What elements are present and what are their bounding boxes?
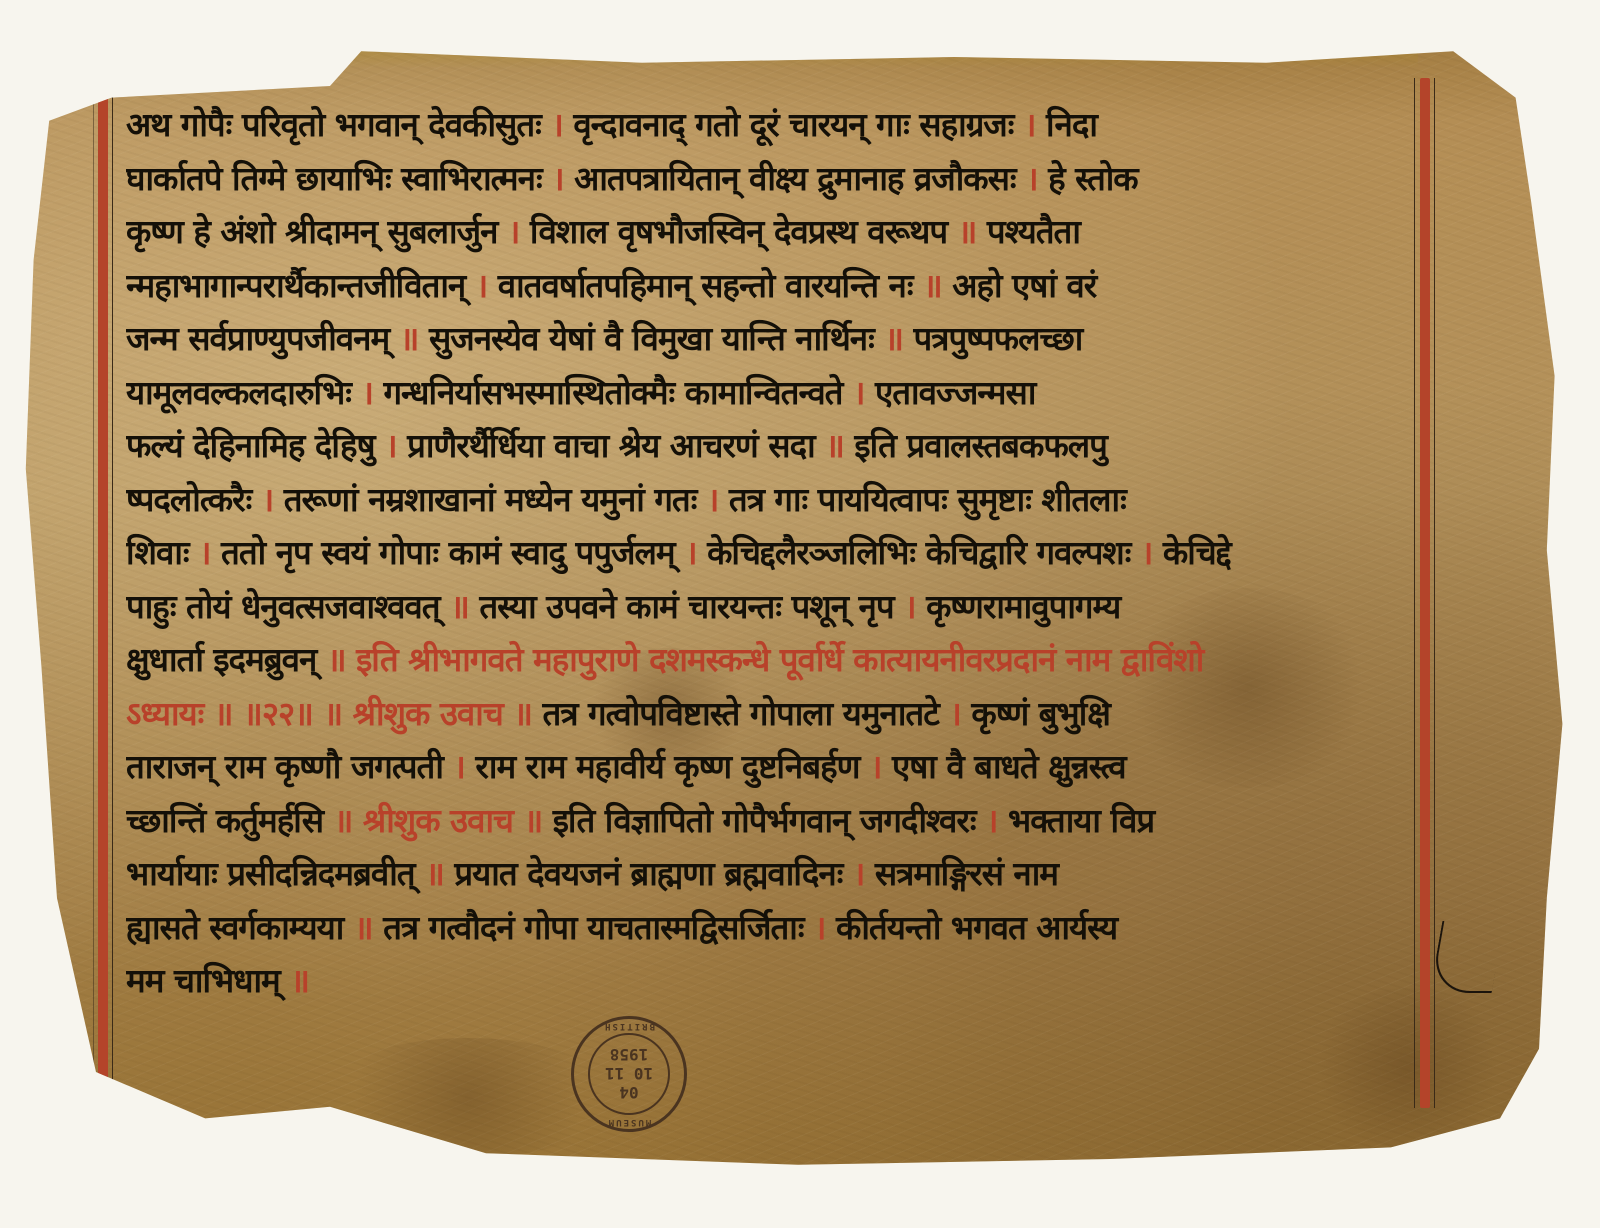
body-text: केचिद्दे [1152,533,1230,572]
body-text: शिवाः [126,533,199,572]
body-text: सुजनस्येव येषां वै विमुखा यान्ति नार्थिन… [418,319,884,358]
rubric-text: । [199,533,211,572]
body-text: निदा [1035,105,1096,144]
margin-hairline-right-outer [1434,78,1435,1108]
rubric-text: ॥ [825,426,844,465]
body-text: कृष्ण हे अंशो श्रीदामन् सुबलार्जुन [126,212,508,251]
body-text: पत्रपुष्पफलच्छा [903,319,1082,358]
rubric-text: ॥ [923,266,942,305]
rubric-text: ॥ इति श्रीभागवते महापुराणे दशमस्कन्धे पू… [327,640,1204,679]
body-text: विशाल वृषभौजस्विन् देवप्रस्थ वरूथप [519,212,957,251]
manuscript-line: कृष्ण हे अंशो श्रीदामन् सुबलार्जुन । विश… [126,205,1426,259]
margin-hairline-left-inner [112,78,113,1108]
stamp-date-line-1: 04 [619,1084,638,1103]
rubric-text: । [476,266,488,305]
body-text: ष्पदलोत्करैः [126,480,262,519]
body-text: तत्र गत्वौदनं गोपा याचतास्मद्विसर्जिताः [373,908,814,947]
manuscript-folio: अथ गोपैः परिवृतो भगवान् देवकीसुतः । वृन्… [18,28,1578,1188]
rubric-text: ॥ [354,908,373,947]
body-text: सत्रमाङ्गिरसं नाम [864,854,1058,893]
stamp-date-line-2: 10 11 [605,1065,653,1084]
body-text: पश्यतैता [976,212,1080,251]
body-text: मम चाभिधाम् [126,961,290,1000]
body-text: अहो एषां वरं [942,266,1096,305]
body-text: ताराजन् राम कृष्णौ जगत्पती [126,747,453,786]
body-text: पाहुः तोयं धेनुवत्सजवाश्ववत् [126,587,450,626]
manuscript-text-block: अथ गोपैः परिवृतो भगवान् देवकीसुतः । वृन्… [126,98,1426,1008]
manuscript-line: ष्पदलोत्करैः । तरूणां नम्रशाखानां मध्येन… [126,473,1426,527]
body-text: कृष्णरामावुपागम्य [916,587,1121,626]
rubric-text: ॥ [958,212,977,251]
manuscript-line: शिवाः । ततो नृप स्वयं गोपाः कामं स्वादु … [126,526,1426,580]
rubric-text: । [552,159,564,198]
body-text: यामूलवल्कलदारुभिः [126,373,361,412]
rubric-text: । [814,908,826,947]
body-text: हे स्तोक [1038,159,1138,198]
body-text: न्महाभागान्परार्थैकान्तजीवितान् [126,266,476,305]
body-text: तस्या उपवने कामं चारयन्तः पशून् नृप [469,587,904,626]
manuscript-line: मम चाभिधाम् ॥ [126,954,1426,1008]
body-text: केचिद्दलैरञ्जलिभिः केचिद्वारि गवल्पशः [697,533,1141,572]
body-text: कृष्णं बुभुक्षि [961,694,1110,733]
rubric-text: । [1026,159,1038,198]
manuscript-line: अथ गोपैः परिवृतो भगवान् देवकीसुतः । वृन्… [126,98,1426,152]
rubric-text: । [685,533,697,572]
stamp-date-block: 04 10 11 1958 [588,1033,670,1115]
body-text: इति प्रवालस्तबकफलपु [844,426,1107,465]
paper-edge-discoloration [318,28,1418,68]
manuscript-line: च्छान्तिं कर्तुमर्हसि ॥ श्रीशुक उवाच ॥ इ… [126,794,1426,848]
body-text: राम राम महावीर्य कृष्ण दुष्टनिबर्हण [465,747,870,786]
manuscript-line: ताराजन् राम कृष्णौ जगत्पती । राम राम महा… [126,740,1426,794]
manuscript-line: ऽध्यायः ॥ ॥२२॥ ॥ श्रीशुक उवाच ॥ तत्र गत्… [126,687,1426,741]
body-text: तत्र गत्वोपविष्टास्ते गोपाला यमुनातटे [532,694,949,733]
body-text: अथ गोपैः परिवृतो भगवान् देवकीसुतः [126,105,551,144]
manuscript-line: पाहुः तोयं धेनुवत्सजवाश्ववत् ॥ तस्या उपव… [126,580,1426,634]
stamp-date-line-3: 1958 [610,1046,649,1065]
rubric-text: । [385,426,397,465]
body-text: फल्यं देहिनामिह देहिषु [126,426,385,465]
rubric-text: । [508,212,520,251]
rubric-text: । [707,480,719,519]
body-text: तत्र गाः पाययित्वापः सुमृष्टाः शीतलाः [718,480,1125,519]
rubric-text: । [361,373,373,412]
body-text: प्रयात देवयजनं ब्राह्मणा ब्रह्मवादिनः [444,854,853,893]
body-text: ततो नृप स्वयं गोपाः कामं स्वादु पपुर्जलम… [211,533,686,572]
body-text: भार्यायाः प्रसीदन्निदमब्रवीत् [126,854,425,893]
body-text: तरूणां नम्रशाखानां मध्येन यमुनां गतः [273,480,707,519]
body-text: इति विज्ञापितो गोपैर्भगवान् जगदीश्वरः [542,801,986,840]
body-text: जन्म सर्वप्राण्युपजीवनम् [126,319,400,358]
manuscript-line: यामूलवल्कलदारुभिः । गन्धनिर्यासभस्मास्थि… [126,366,1426,420]
rubric-text: ॥ [425,854,444,893]
rubric-text: ॥ [400,319,419,358]
rubric-text: । [453,747,465,786]
manuscript-line: घार्कातपे तिग्मे छायाभिः स्वाभिरात्मनः ।… [126,152,1426,206]
rubric-text: । [986,801,998,840]
stamp-ring-text-top: MUSEUM [574,1117,684,1127]
rubric-text: । [904,587,916,626]
body-text: गन्धनिर्यासभस्मास्थितोक्मैः कामान्वितन्व… [373,373,853,412]
rubric-text: । [1141,533,1153,572]
water-stain [1308,988,1508,1148]
body-text: कीर्तयन्तो भगवत आर्यस्य [826,908,1118,947]
body-text: क्षुधार्ता इदमब्रुवन् [126,640,327,679]
british-museum-stamp: MUSEUM 04 10 11 1958 BRITISH [571,1016,687,1132]
body-text: एतावज्जन्मसा [865,373,1036,412]
rubric-text: ॥ [450,587,469,626]
body-text: च्छान्तिं कर्तुमर्हसि [126,801,334,840]
rubric-text: । [870,747,882,786]
rubric-text: ॥ [884,319,903,358]
body-text: ह्यासते स्वर्गकाम्यया [126,908,354,947]
margin-rule-left-red [98,78,108,1108]
body-text: प्राणैरर्थैर्धिया वाचा श्रेय आचरणं सदा [397,426,826,465]
rubric-text: । [853,373,865,412]
body-text: घार्कातपे तिग्मे छायाभिः स्वाभिरात्मनः [126,159,552,198]
stamp-ring-text-bottom: BRITISH [574,1021,684,1031]
manuscript-line: फल्यं देहिनामिह देहिषु । प्राणैरर्थैर्धि… [126,419,1426,473]
manuscript-line: न्महाभागान्परार्थैकान्तजीवितान् । वातवर्… [126,259,1426,313]
rubric-text: ॥ श्रीशुक उवाच ॥ [334,801,543,840]
manuscript-line: क्षुधार्ता इदमब्रुवन् ॥ इति श्रीभागवते म… [126,633,1426,687]
body-text: वृन्दावनाद् गतो दूरं चारयन् गाः सहाग्रजः [563,105,1024,144]
margin-hairline-left-outer [93,78,94,1108]
rubric-text: । [1024,105,1036,144]
manuscript-line: ह्यासते स्वर्गकाम्यया ॥ तत्र गत्वौदनं गो… [126,901,1426,955]
rubric-text: । [262,480,274,519]
rubric-text: । [551,105,563,144]
body-text: एषा वै बाधते क्षुन्नस्त्व [881,747,1125,786]
rubric-text: । [949,694,961,733]
rubric-text: ॥ [290,961,309,1000]
rubric-text: ऽध्यायः ॥ ॥२२॥ ॥ श्रीशुक उवाच ॥ [126,694,532,733]
manuscript-line: जन्म सर्वप्राण्युपजीवनम् ॥ सुजनस्येव येष… [126,312,1426,366]
rubric-text: । [853,854,865,893]
body-text: वातवर्षातपहिमान् सहन्तो वारयन्ति नः [487,266,923,305]
body-text: आतपत्रायितान् वीक्ष्य द्रुमानाह व्रजौकसः [564,159,1026,198]
manuscript-line: भार्यायाः प्रसीदन्निदमब्रवीत् ॥ प्रयात द… [126,847,1426,901]
body-text: भक्ताया विप्र [998,801,1155,840]
